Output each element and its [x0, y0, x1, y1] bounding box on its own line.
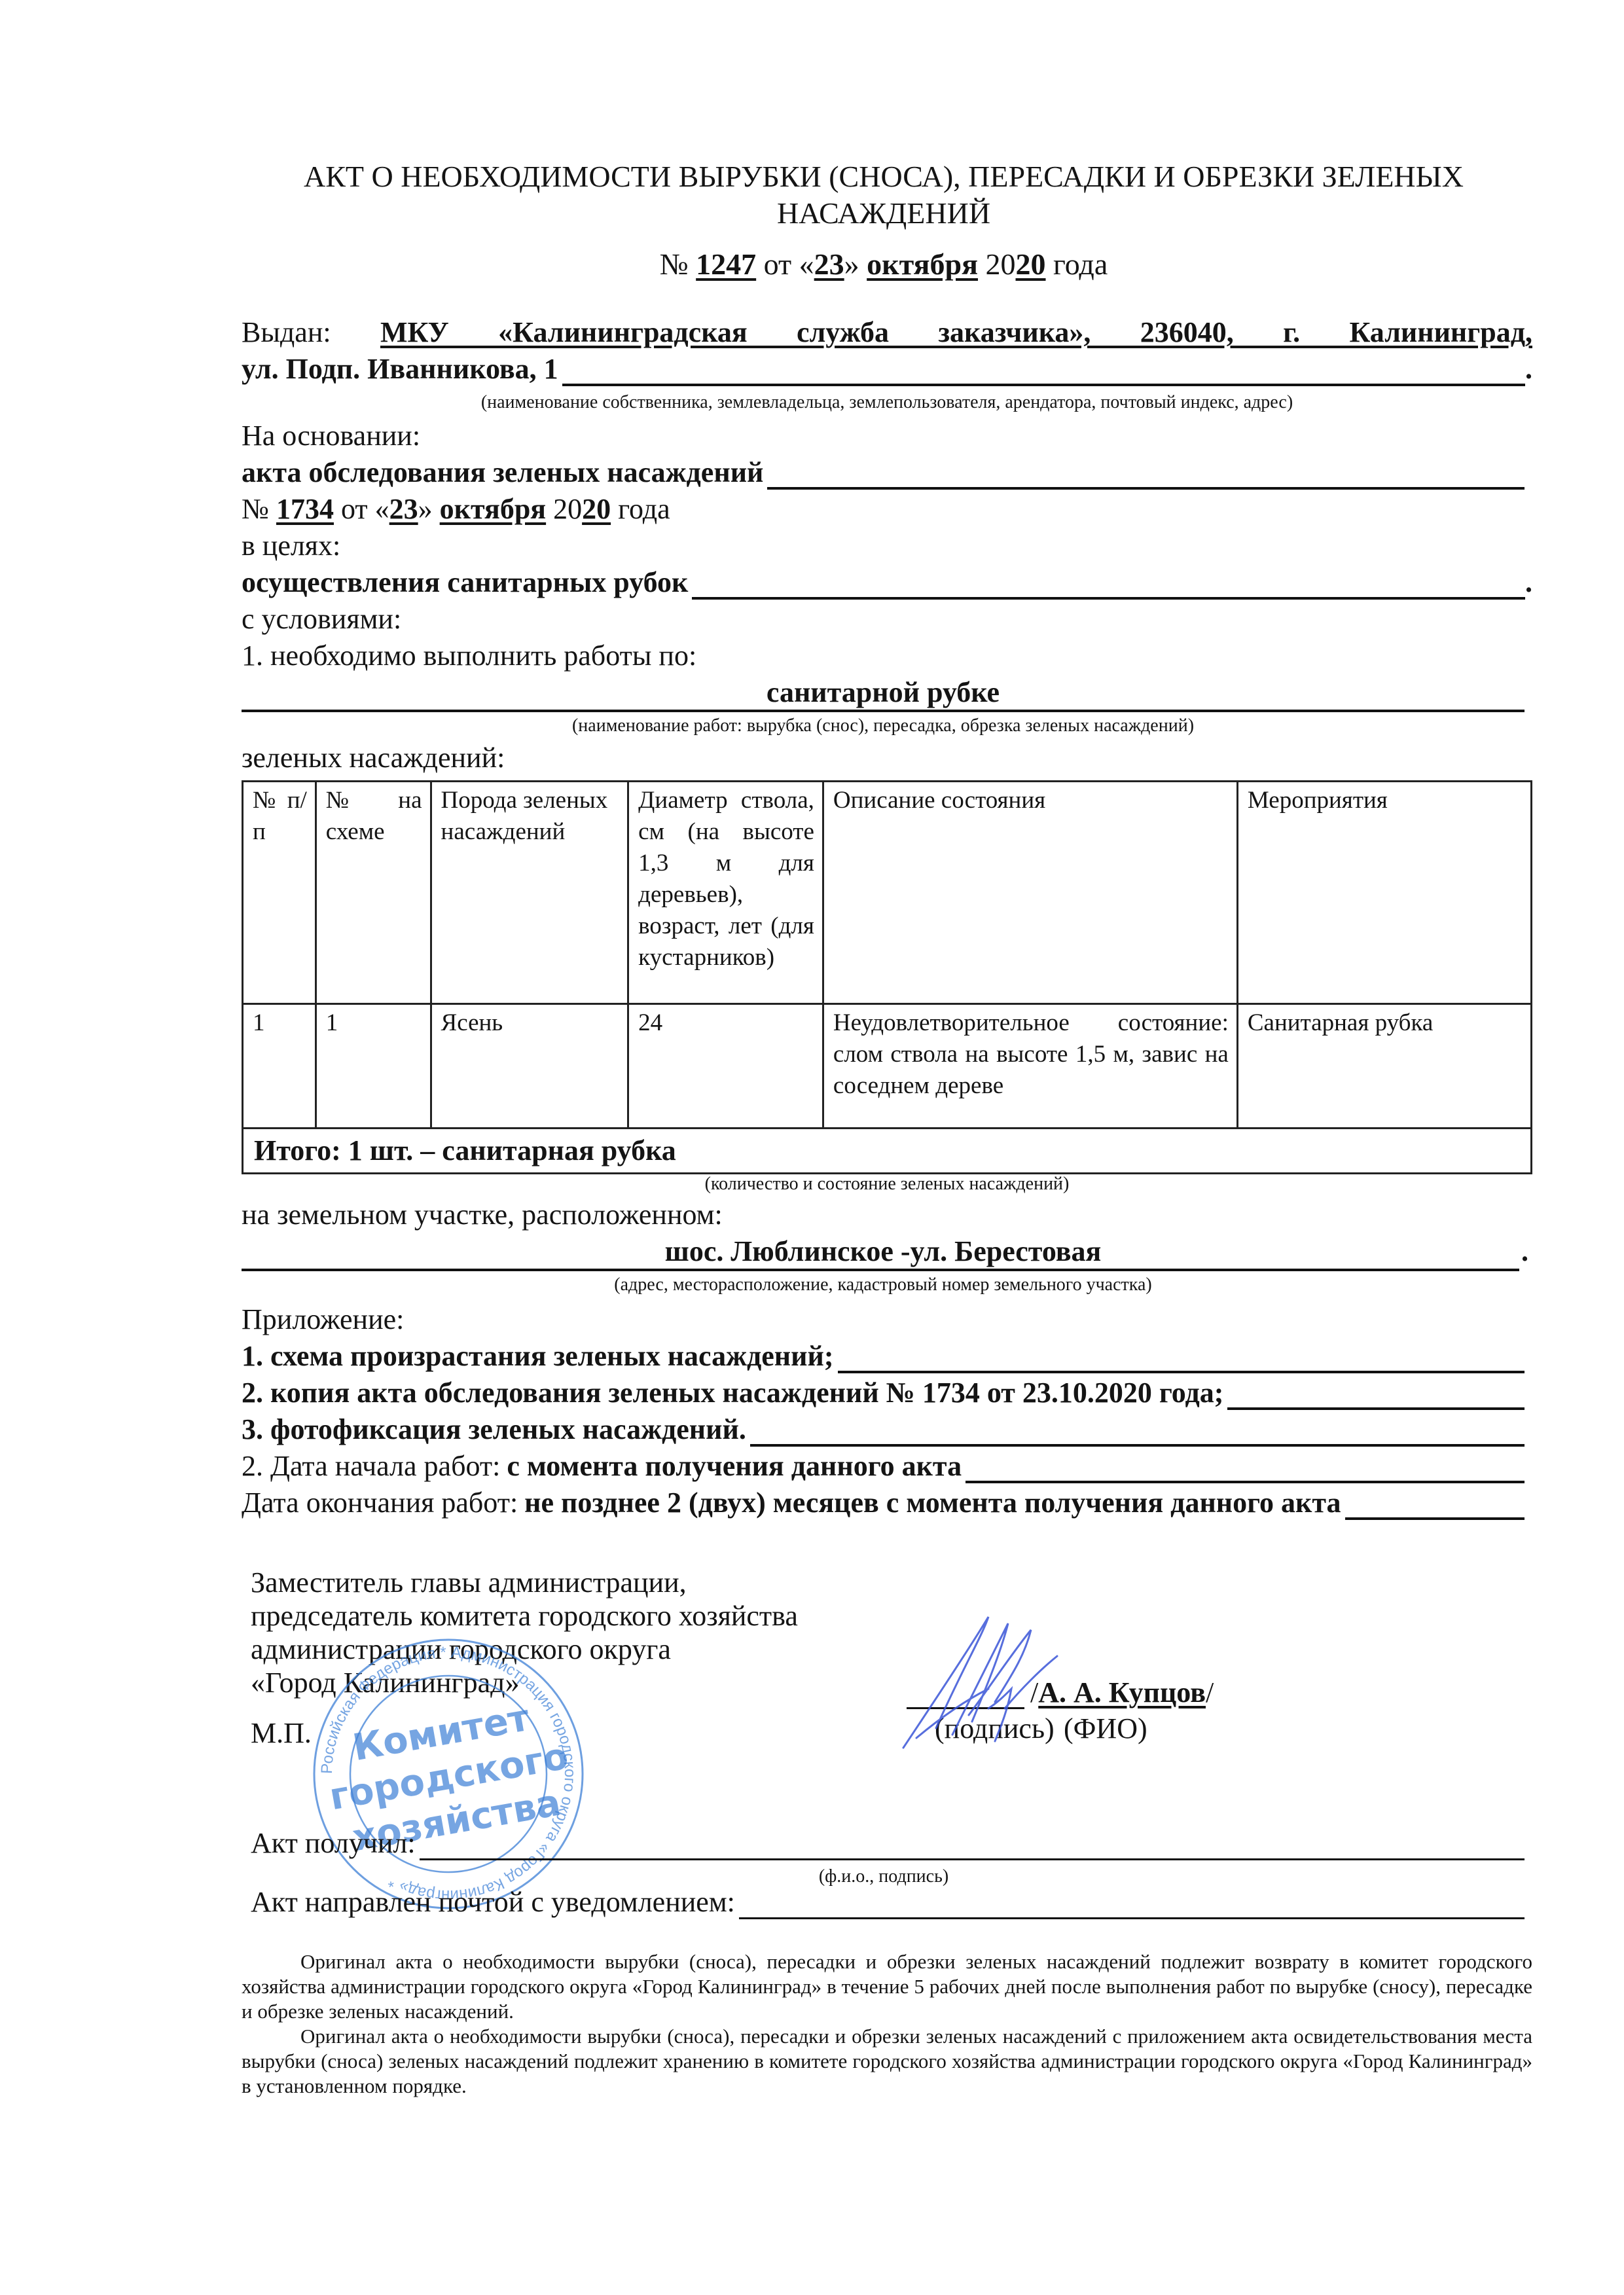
- date-open: от «: [764, 247, 814, 281]
- signature-icon: [890, 1610, 1100, 1754]
- issued-value: МКУ «Калининградская служба заказчика», …: [380, 316, 1532, 348]
- number-sign: №: [242, 493, 269, 525]
- table-cell: 1: [316, 1004, 431, 1129]
- issued-value-continued: ул. Подп. Иванникова, 1: [242, 352, 558, 386]
- work-caption: (наименование работ: вырубка (снос), пер…: [242, 715, 1525, 737]
- work-underline: [242, 710, 1525, 712]
- position-line: председатель комитета городского хозяйст…: [251, 1599, 798, 1633]
- basis-day: 23: [389, 493, 418, 525]
- underline-fill: [750, 1415, 1525, 1447]
- header-cell: № на схеме: [316, 782, 431, 1004]
- start-date-value: с момента получения данного акта: [507, 1449, 962, 1483]
- mailed-field: [739, 1891, 1525, 1919]
- plants-label: зеленых насаждений:: [242, 741, 505, 775]
- title-line-1: АКТ О НЕОБХОДИМОСТИ ВЫРУБКИ (СНОСА), ПЕР…: [236, 158, 1532, 195]
- header-cell: Мероприятия: [1237, 782, 1531, 1004]
- basis-value: акта обследования зеленых насаждений: [242, 456, 763, 490]
- underline-fill: [692, 568, 1525, 600]
- basis-number: 1734: [276, 493, 334, 525]
- document-title: АКТ О НЕОБХОДИМОСТИ ВЫРУБКИ (СНОСА), ПЕР…: [236, 158, 1532, 232]
- work-value: санитарной рубке: [242, 676, 1525, 710]
- underline-fill: [767, 458, 1525, 490]
- location-underline: [242, 1269, 1519, 1271]
- seal-label: М.П.: [251, 1716, 312, 1750]
- issued-line-1: Выдан: МКУ «Калининградская служба заказ…: [242, 316, 1532, 350]
- basis-month: октября: [440, 493, 546, 525]
- table-cell: 24: [628, 1004, 823, 1129]
- end-mark: .: [1521, 1235, 1528, 1269]
- underline-fill: [1227, 1379, 1525, 1410]
- year-prefix: 20: [986, 247, 1016, 281]
- conditions-item-1: 1. необходимо выполнить работы по:: [242, 639, 696, 673]
- end-date-label: Дата окончания работ:: [242, 1486, 518, 1520]
- received-caption: (ф.и.о., подпись): [720, 1866, 1047, 1888]
- location-value: шос. Люблинское -ул. Берестовая: [242, 1235, 1525, 1269]
- header-cell: Порода зеленых насаждений: [431, 782, 628, 1004]
- underline-fill: [965, 1452, 1525, 1483]
- act-year: 20: [1016, 247, 1046, 281]
- table-header-row: № п/п № на схеме Порода зеленых насажден…: [243, 782, 1532, 1004]
- start-date-label: 2. Дата начала работ:: [242, 1449, 500, 1483]
- end-date-value: не позднее 2 (двух) месяцев с момента по…: [524, 1486, 1341, 1520]
- appendix-item-text: 3. фотофиксация зеленых насаждений.: [242, 1413, 746, 1447]
- table-total: Итого: 1 шт. – санитарная рубка: [243, 1129, 1532, 1174]
- position-line: Заместитель главы администрации,: [251, 1566, 798, 1599]
- year-prefix: 20: [553, 493, 582, 525]
- header-cell: Диаметр ствола, см (на высоте 1,3 м для …: [628, 782, 823, 1004]
- title-line-2: НАСАЖДЕНИЙ: [236, 195, 1532, 232]
- document-page: АКТ О НЕОБХОДИМОСТИ ВЫРУБКИ (СНОСА), ПЕР…: [0, 0, 1624, 2295]
- mailed-label: Акт направлен почтой с уведомлением:: [251, 1885, 735, 1919]
- table-cell: 1: [243, 1004, 316, 1129]
- received-field: [420, 1832, 1525, 1860]
- appendix-label: Приложение:: [242, 1303, 404, 1337]
- year-word: года: [1053, 247, 1108, 281]
- underline-fill: [838, 1342, 1525, 1373]
- header-cell: № п/п: [243, 782, 316, 1004]
- underline-fill: [1345, 1489, 1525, 1520]
- date-close: »: [844, 247, 859, 281]
- document-number-line: № 1247 от «23» октября 2020 года: [236, 247, 1532, 281]
- slash: /: [1206, 1676, 1214, 1708]
- end-date-line: Дата окончания работ: не позднее 2 (двух…: [242, 1486, 1525, 1520]
- location-caption: (адрес, месторасположение, кадастровый н…: [242, 1274, 1525, 1296]
- location-label: на земельном участке, расположенном:: [242, 1198, 723, 1232]
- footnotes: Оригинал акта о необходимости вырубки (с…: [242, 1949, 1532, 2099]
- start-date-line: 2. Дата начала работ: с момента получени…: [242, 1449, 1525, 1483]
- conditions-label: с условиями:: [242, 602, 401, 636]
- table-cell: Ясень: [431, 1004, 628, 1129]
- purpose-value: осуществления санитарных рубок: [242, 566, 688, 600]
- purpose-label: в целях:: [242, 529, 340, 563]
- received-label: Акт получил:: [251, 1826, 416, 1860]
- purpose-value-line: осуществления санитарных рубок .: [242, 566, 1532, 600]
- appendix-item-text: 2. копия акта обследования зеленых насаж…: [242, 1376, 1223, 1410]
- table-row: 1 1 Ясень 24 Неудовлетворительное состоя…: [243, 1004, 1532, 1129]
- issued-line-2: ул. Подп. Иванникова, 1 .: [242, 352, 1532, 386]
- act-month: октября: [867, 247, 978, 281]
- mailed-line: Акт направлен почтой с уведомлением:: [251, 1885, 1525, 1919]
- received-line: Акт получил:: [251, 1826, 1525, 1860]
- basis-number-line: № 1734 от «23» октября 2020 года: [242, 492, 670, 526]
- table-cell: Неудовлетворительное состояние: слом ств…: [823, 1004, 1237, 1129]
- act-day: 23: [814, 247, 844, 281]
- underline-fill: [562, 355, 1525, 386]
- footnote: Оригинал акта о необходимости вырубки (с…: [242, 2024, 1532, 2099]
- end-mark: .: [1525, 352, 1532, 386]
- footnote: Оригинал акта о необходимости вырубки (с…: [242, 1949, 1532, 2024]
- issued-caption: (наименование собственника, землевладель…: [242, 391, 1532, 414]
- date-close: »: [418, 493, 433, 525]
- basis-label: На основании:: [242, 419, 420, 453]
- end-mark: .: [1525, 566, 1532, 600]
- plants-table: № п/п № на схеме Порода зеленых насажден…: [242, 780, 1532, 1174]
- stamp-icon: Российская Федерация * Администрация гор…: [308, 1633, 589, 1915]
- year-word: года: [618, 493, 670, 525]
- date-open: от «: [341, 493, 389, 525]
- appendix-item: 2. копия акта обследования зеленых насаж…: [242, 1376, 1525, 1410]
- issued-label: Выдан:: [242, 316, 331, 348]
- appendix-item: 3. фотофиксация зеленых насаждений.: [242, 1413, 1525, 1447]
- number-sign: №: [660, 247, 689, 281]
- table-cell: Санитарная рубка: [1237, 1004, 1531, 1129]
- appendix-item: 1. схема произрастания зеленых насаждени…: [242, 1339, 1525, 1373]
- table-total-row: Итого: 1 шт. – санитарная рубка: [243, 1129, 1532, 1174]
- basis-value-line: акта обследования зеленых насаждений: [242, 456, 1525, 490]
- act-number: 1247: [696, 247, 756, 281]
- appendix-item-text: 1. схема произрастания зеленых насаждени…: [242, 1339, 834, 1373]
- header-cell: Описание состояния: [823, 782, 1237, 1004]
- table-caption: (количество и состояние зеленых насажден…: [242, 1173, 1532, 1195]
- basis-year: 20: [582, 493, 611, 525]
